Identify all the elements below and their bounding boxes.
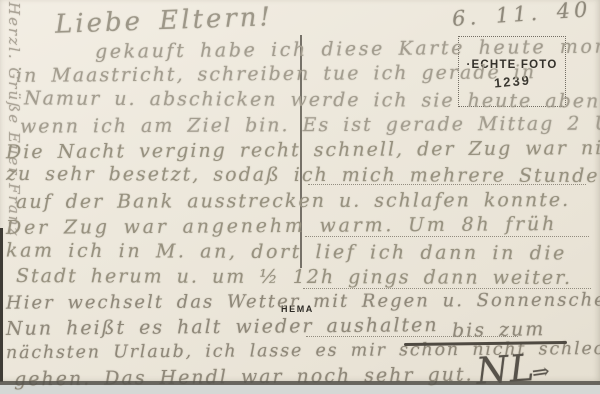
handwriting-line: bis zum: [452, 318, 546, 342]
salutation: Liebe Eltern!: [55, 2, 274, 40]
handwriting-line: Der Zug war angenehm warm. Um 8h früh: [6, 213, 557, 239]
handwriting-line: Hier wechselt das Wetter mit Regen u. So…: [6, 289, 600, 313]
photo-edge: [0, 228, 3, 382]
handwriting-line: wenn ich am Ziel bin. Es ist gerade Mitt…: [20, 112, 600, 137]
handwriting-line: Namur u. abschicken werde ich sie heute …: [24, 87, 600, 112]
handwriting-line: auf der Bank ausstrecken u. schlafen kon…: [16, 189, 570, 213]
handwriting-line: in Maastricht, schreiben tue ich gerade …: [16, 61, 536, 87]
handwriting-line: zu sehr besetzt, sodaß ich mich mehrere …: [6, 163, 600, 187]
handwriting-line: Die Nacht verging recht schnell, der Zug…: [6, 137, 600, 163]
pencil-note-nl: NL: [475, 346, 537, 393]
postcard-back: Herzl. Grüße Euer Franz Liebe Eltern! 6.…: [0, 0, 600, 384]
card-bottom-edge: [0, 381, 600, 385]
handwriting-line: Nun heißt es halt wieder aushalten: [6, 314, 439, 340]
handwriting-line: kam ich in M. an, dort lief ich dann in …: [6, 240, 567, 265]
handwriting-line: Stadt herum u. um ½ 12h gings dann weite…: [16, 265, 572, 289]
postcard-scan: Herzl. Grüße Euer Franz Liebe Eltern! 6.…: [0, 0, 600, 394]
date: 6. 11. 40: [451, 0, 592, 31]
handwriting-line: gehen. Das Hendl war noch sehr gut.: [14, 364, 474, 391]
